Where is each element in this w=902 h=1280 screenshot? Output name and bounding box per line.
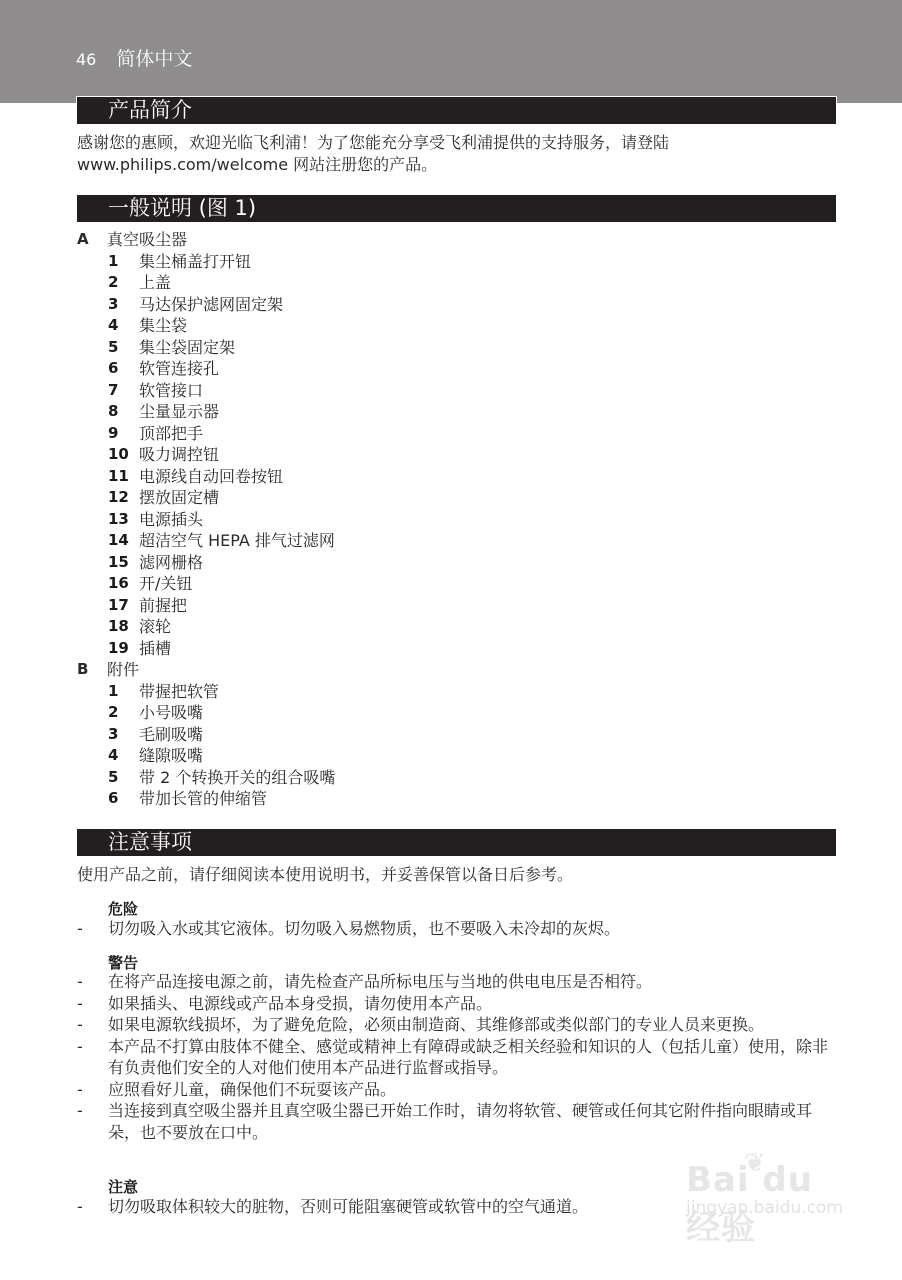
item-number: 5	[108, 767, 139, 789]
item-number: 5	[108, 337, 139, 359]
list-item: 9顶部把手	[77, 423, 577, 445]
group-a-header: A 真空吸尘器	[77, 229, 577, 251]
list-item: 11电源线自动回卷按钮	[77, 466, 577, 488]
item-label: 滚轮	[139, 616, 171, 638]
list-item: 12摆放固定槽	[77, 487, 577, 509]
bullet-dash: -	[77, 971, 108, 993]
warning-list: -在将产品连接电源之前，请先检查产品所标电压与当地的供电电压是否相符。 -如果插…	[77, 971, 837, 1143]
item-label: 集尘袋固定架	[139, 337, 235, 359]
list-item: 5集尘袋固定架	[77, 337, 577, 359]
list-item: -本产品不打算由肢体不健全、感觉或精神上有障碍或缺乏相关经验和知识的人（包括儿童…	[77, 1036, 837, 1079]
list-item: -应照看好儿童，确保他们不玩耍该产品。	[77, 1079, 837, 1101]
item-label: 摆放固定槽	[139, 487, 219, 509]
item-number: 8	[108, 401, 139, 423]
item-label: 软管接口	[139, 380, 203, 402]
section-title-intro: 产品简介	[77, 97, 836, 124]
baidu-watermark: ❦ Bai du 经验 jingyan.baidu.com	[686, 1148, 846, 1223]
list-item: 5带 2 个转换开关的组合吸嘴	[77, 767, 577, 789]
item-label: 吸力调控钮	[139, 444, 219, 466]
item-label: 集尘袋	[139, 315, 187, 337]
page-header: 46 简体中文	[76, 44, 192, 71]
item-label: 前握把	[139, 595, 187, 617]
list-item: 18滚轮	[77, 616, 577, 638]
item-number: 13	[108, 509, 139, 531]
list-item: -切勿吸入水或其它液体。切勿吸入易燃物质，也不要吸入未冷却的灰烬。	[77, 918, 837, 940]
bullet-dash: -	[77, 918, 108, 940]
list-item: 1集尘桶盖打开钮	[77, 251, 577, 273]
intro-line-2: www.philips.com/welcome 网站注册您的产品。	[77, 154, 837, 176]
list-item: 19插槽	[77, 638, 577, 660]
item-label: 缝隙吸嘴	[139, 745, 203, 767]
item-number: 2	[108, 702, 139, 724]
list-item: 1带握把软管	[77, 681, 577, 703]
bullet-dash: -	[77, 1079, 108, 1101]
list-item: 2小号吸嘴	[77, 702, 577, 724]
list-item: 3马达保护滤网固定架	[77, 294, 577, 316]
item-label: 开/关钮	[139, 573, 192, 595]
item-label: 电源线自动回卷按钮	[139, 466, 283, 488]
bullet-text: 应照看好儿童，确保他们不玩耍该产品。	[108, 1079, 837, 1101]
item-number: 1	[108, 251, 139, 273]
item-number: 12	[108, 487, 139, 509]
item-label: 滤网栅格	[139, 552, 203, 574]
bullet-dash: -	[77, 993, 108, 1015]
list-item: -如果插头、电源线或产品本身受损，请勿使用本产品。	[77, 993, 837, 1015]
list-item: 4缝隙吸嘴	[77, 745, 577, 767]
item-label: 带 2 个转换开关的组合吸嘴	[139, 767, 335, 789]
item-number: 4	[108, 745, 139, 767]
list-item: 2上盖	[77, 272, 577, 294]
watermark-url: jingyan.baidu.com	[686, 1198, 843, 1218]
item-number: 16	[108, 573, 139, 595]
item-label: 马达保护滤网固定架	[139, 294, 283, 316]
list-item: 8尘量显示器	[77, 401, 577, 423]
item-number: 3	[108, 724, 139, 746]
danger-list: -切勿吸入水或其它液体。切勿吸入易燃物质，也不要吸入未冷却的灰烬。	[77, 918, 837, 940]
note-heading: 注意	[108, 1176, 138, 1197]
intro-paragraph: 感谢您的惠顾，欢迎光临飞利浦！为了您能充分享受飞利浦提供的支持服务，请登陆 ww…	[77, 132, 837, 176]
group-letter: A	[77, 229, 107, 251]
item-number: 11	[108, 466, 139, 488]
item-number: 6	[108, 788, 139, 810]
list-item: 6软管连接孔	[77, 358, 577, 380]
bullet-text: 本产品不打算由肢体不健全、感觉或精神上有障碍或缺乏相关经验和知识的人（包括儿童）…	[108, 1036, 837, 1079]
bullet-dash: -	[77, 1014, 108, 1036]
item-number: 4	[108, 315, 139, 337]
intro-line-1: 感谢您的惠顾，欢迎光临飞利浦！为了您能充分享受飞利浦提供的支持服务，请登陆	[77, 132, 837, 154]
language-label: 简体中文	[116, 44, 192, 71]
item-label: 上盖	[139, 272, 171, 294]
item-label: 插槽	[139, 638, 171, 660]
item-label: 集尘桶盖打开钮	[139, 251, 251, 273]
item-label: 软管连接孔	[139, 358, 219, 380]
item-label: 顶部把手	[139, 423, 203, 445]
item-label: 尘量显示器	[139, 401, 219, 423]
item-label: 电源插头	[139, 509, 203, 531]
item-number: 7	[108, 380, 139, 402]
page-number: 46	[76, 50, 96, 69]
caution-intro: 使用产品之前，请仔细阅读本使用说明书，并妥善保管以备日后参考。	[77, 864, 837, 886]
group-label: 附件	[107, 659, 139, 681]
item-number: 17	[108, 595, 139, 617]
list-item: 7软管接口	[77, 380, 577, 402]
list-item: -如果电源软线损坏，为了避免危险，必须由制造商、其维修部或类似部门的专业人员来更…	[77, 1014, 837, 1036]
bullet-dash: -	[77, 1196, 108, 1218]
item-label: 带加长管的伸缩管	[139, 788, 267, 810]
list-item: 4集尘袋	[77, 315, 577, 337]
list-item: 10吸力调控钮	[77, 444, 577, 466]
list-item: 15滤网栅格	[77, 552, 577, 574]
list-item: 3毛刷吸嘴	[77, 724, 577, 746]
item-label: 毛刷吸嘴	[139, 724, 203, 746]
list-item: -当连接到真空吸尘器并且真空吸尘器已开始工作时，请勿将软管、硬管或任何其它附件指…	[77, 1100, 837, 1143]
section-title-caution: 注意事项	[77, 829, 836, 856]
item-label: 超洁空气 HEPA 排气过滤网	[139, 530, 335, 552]
section-title-general: 一般说明 (图 1)	[77, 195, 836, 222]
danger-heading: 危险	[108, 898, 138, 919]
item-label: 小号吸嘴	[139, 702, 203, 724]
item-label: 带握把软管	[139, 681, 219, 703]
group-label: 真空吸尘器	[107, 229, 187, 251]
item-number: 19	[108, 638, 139, 660]
group-letter: B	[77, 659, 107, 681]
item-number: 15	[108, 552, 139, 574]
list-item: -在将产品连接电源之前，请先检查产品所标电压与当地的供电电压是否相符。	[77, 971, 837, 993]
list-item: 17前握把	[77, 595, 577, 617]
bullet-text: 切勿吸入水或其它液体。切勿吸入易燃物质，也不要吸入未冷却的灰烬。	[108, 918, 837, 940]
list-item: 6带加长管的伸缩管	[77, 788, 577, 810]
item-number: 1	[108, 681, 139, 703]
item-number: 10	[108, 444, 139, 466]
warning-heading: 警告	[108, 952, 138, 973]
item-number: 2	[108, 272, 139, 294]
list-item: 13电源插头	[77, 509, 577, 531]
bullet-text: 当连接到真空吸尘器并且真空吸尘器已开始工作时，请勿将软管、硬管或任何其它附件指向…	[108, 1100, 837, 1143]
list-item: 16开/关钮	[77, 573, 577, 595]
bullet-dash: -	[77, 1036, 108, 1079]
parts-list: A 真空吸尘器 1集尘桶盖打开钮 2上盖 3马达保护滤网固定架 4集尘袋 5集尘…	[77, 229, 577, 810]
item-number: 14	[108, 530, 139, 552]
item-number: 3	[108, 294, 139, 316]
bullet-text: 在将产品连接电源之前，请先检查产品所标电压与当地的供电电压是否相符。	[108, 971, 837, 993]
bullet-text: 如果电源软线损坏，为了避免危险，必须由制造商、其维修部或类似部门的专业人员来更换…	[108, 1014, 837, 1036]
group-b-header: B 附件	[77, 659, 577, 681]
bullet-dash: -	[77, 1100, 108, 1143]
item-number: 6	[108, 358, 139, 380]
item-number: 18	[108, 616, 139, 638]
item-number: 9	[108, 423, 139, 445]
list-item: 14超洁空气 HEPA 排气过滤网	[77, 530, 577, 552]
bullet-text: 如果插头、电源线或产品本身受损，请勿使用本产品。	[108, 993, 837, 1015]
